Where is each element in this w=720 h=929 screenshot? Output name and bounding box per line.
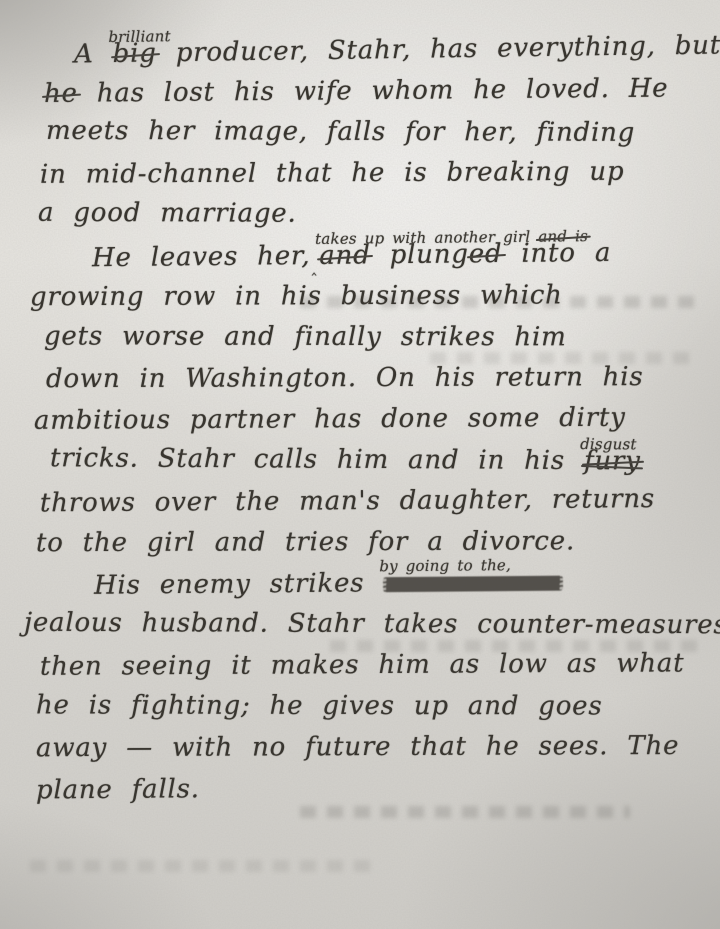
struck-out-word: and (319, 240, 371, 271)
revision: takes up with another girl and isand (319, 235, 371, 277)
inserted-text: by going to the, (379, 559, 511, 575)
manuscript-line: then seeing it makes him as low as what (40, 643, 720, 688)
struck-out-word: big (112, 38, 156, 69)
manuscript-line: His enemy strikes by going to the, (94, 560, 720, 606)
manuscript-line: he has lost his wife whom he loved. He (44, 68, 720, 115)
manuscript-line: plane falls. (36, 766, 720, 812)
revision: brilliantbig (112, 33, 157, 75)
handwriting-text: A (74, 39, 113, 70)
manuscript-line: jealous husband. Stahr takes counter-mea… (24, 603, 720, 646)
handwriting-text: He leaves her, (92, 241, 311, 273)
handwriting-text: has lost his wife whom he loved. He (78, 74, 669, 109)
struck-out-word: he (44, 79, 78, 109)
handwriting-text: jealous husband. Stahr takes counter-mea… (24, 608, 720, 640)
handwriting-text: down in Washington. On his return his (46, 362, 644, 394)
handwriting-text: gets worse and finally strikes him (44, 321, 567, 352)
manuscript-line: throws over the man's daughter, returns (40, 479, 720, 525)
handwriting-text: into a (502, 238, 611, 269)
struck-out-word: fury (584, 446, 641, 476)
handwriting-text: to the girl and tries for a divorce. (36, 526, 575, 558)
handwriting-text: producer, Stahr, has everything, but (156, 30, 720, 68)
insertion-caret: ‸ (311, 258, 317, 276)
handwriting-text: throws over the man's daughter, returns (40, 484, 655, 518)
manuscript-line: tricks. Stahr calls him and in his disgu… (50, 438, 720, 483)
handwriting-text: growing row in his business which (30, 280, 563, 312)
handwriting-text: away — with no future that he sees. The (36, 731, 679, 763)
handwriting-text: he is fighting; he gives up and goes (36, 690, 603, 721)
revision: by going to the, (383, 562, 563, 605)
struck-out-word: ed (469, 239, 503, 269)
handwriting-text: His enemy strikes (94, 568, 384, 601)
manuscript-line: away — with no future that he sees. The (36, 726, 720, 769)
handwriting-text: plung (370, 239, 468, 270)
inserted-word: by going to the, (379, 557, 511, 576)
handwritten-text-block: A brilliantbig producer, Stahr, has ever… (30, 30, 720, 809)
manuscript-page: A brilliantbig producer, Stahr, has ever… (0, 0, 720, 929)
manuscript-line: meets her image, falls for her, finding (46, 111, 720, 154)
handwriting-text: then seeing it makes him as low as what (40, 648, 685, 681)
manuscript-line: gets worse and finally strikes him (44, 316, 720, 358)
manuscript-line: He leaves her,‸takes up with another gir… (92, 232, 720, 280)
manuscript-line: growing row in his business which (30, 275, 720, 318)
handwriting-text: a good marriage. (38, 198, 297, 229)
handwriting-text: tricks. Stahr calls him and in his (50, 443, 584, 476)
manuscript-line: he is fighting; he gives up and goes (36, 685, 720, 727)
handwriting-text: ambitious partner has done some dirty (34, 403, 626, 436)
revision: disgustfury (584, 441, 641, 482)
handwriting-text: meets her image, falls for her, finding (46, 116, 635, 148)
scribbled-out-text (383, 576, 563, 593)
manuscript-line: in mid-channel that he is breaking up (40, 151, 720, 196)
handwriting-text: plane falls. (36, 774, 200, 805)
handwriting-text: in mid-channel that he is breaking up (40, 157, 625, 190)
manuscript-line: down in Washington. On his return his (46, 357, 720, 400)
show-through-text-band (30, 860, 380, 872)
